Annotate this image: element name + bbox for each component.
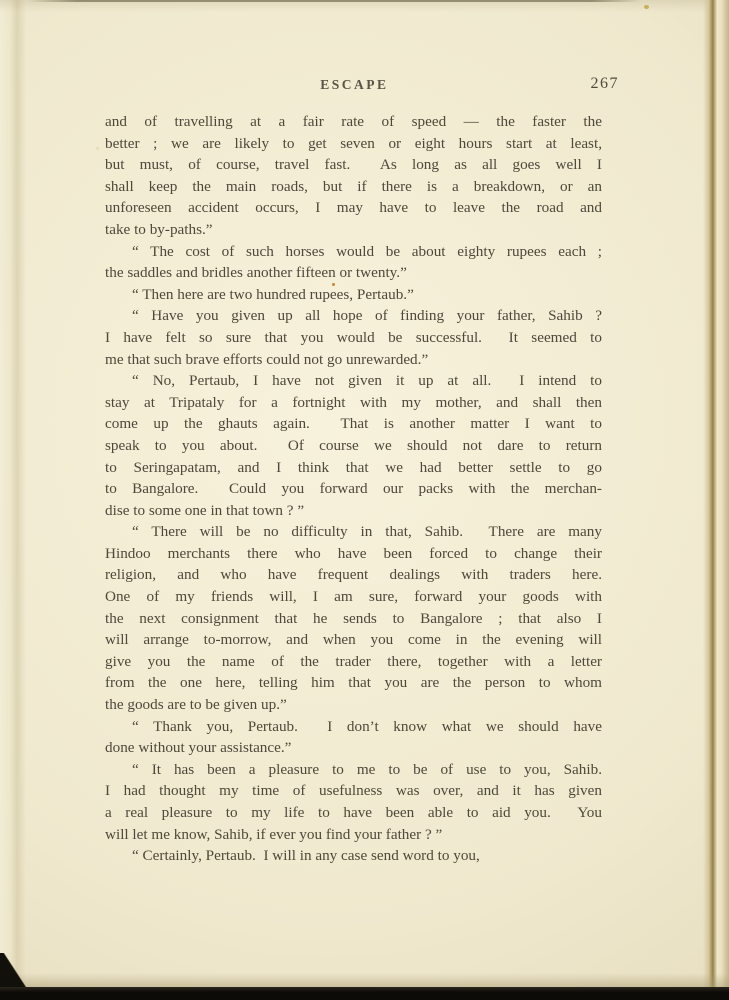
text-line: “ It has been a pleasure to me to be of … xyxy=(105,759,602,781)
text-line: the goods are to be given up.” xyxy=(105,694,602,716)
book-scan: ESCAPE 267 and of travelling at a fair r… xyxy=(0,0,729,1000)
paragraph: “ There will be no difficulty in that, S… xyxy=(105,521,602,715)
text-line: from the one here, telling him that you … xyxy=(105,672,602,694)
text-line: take to by-paths.” xyxy=(105,219,602,241)
page-left-fold xyxy=(0,0,30,1000)
text-line: dise to some one in that town ? ” xyxy=(105,500,602,522)
paper-speck xyxy=(332,283,335,286)
page-number: 267 xyxy=(591,75,620,93)
paragraph: “ Certainly, Pertaub. I will in any case… xyxy=(105,845,602,867)
text-line: will arrange to-morrow, and when you com… xyxy=(105,629,602,651)
text-line: speak to you about. Of course we should … xyxy=(105,435,602,457)
paragraph: “ It has been a pleasure to me to be of … xyxy=(105,759,602,845)
running-title: ESCAPE xyxy=(320,77,388,93)
text-line: shall keep the main roads, but if there … xyxy=(105,176,602,198)
text-line: and of travelling at a fair rate of spee… xyxy=(105,111,602,133)
paragraph: “ Then here are two hundred rupees, Pert… xyxy=(105,284,602,306)
text-line: “ No, Pertaub, I have not given it up at… xyxy=(105,370,602,392)
text-line: give you the name of the trader there, t… xyxy=(105,651,602,673)
scan-background-strip xyxy=(0,987,729,1000)
paper-speck xyxy=(644,5,649,9)
page-corner-shadow xyxy=(0,953,52,987)
text-line: the next consignment that he sends to Ba… xyxy=(105,608,602,630)
text-line: come up the ghauts again. That is anothe… xyxy=(105,413,602,435)
text-block: and of travelling at a fair rate of spee… xyxy=(105,111,602,867)
text-line: me that such brave efforts could not go … xyxy=(105,349,602,371)
text-line: a real pleasure to my life to have been … xyxy=(105,802,602,824)
text-line: better ; we are likely to get seven or e… xyxy=(105,133,602,155)
paragraph: and of travelling at a fair rate of spee… xyxy=(105,111,602,241)
text-line: “ The cost of such horses would be about… xyxy=(105,241,602,263)
paragraph: “ The cost of such horses would be about… xyxy=(105,241,602,284)
text-line: I have felt so sure that you would be su… xyxy=(105,327,602,349)
scan-top-edge-line xyxy=(28,0,640,2)
text-line: One of my friends will, I am sure, forwa… xyxy=(105,586,602,608)
text-line: to Seringapatam, and I think that we had… xyxy=(105,457,602,479)
text-line: will let me know, Sahib, if ever you fin… xyxy=(105,824,602,846)
text-line: done without your assistance.” xyxy=(105,737,602,759)
paragraph: “ Have you given up all hope of finding … xyxy=(105,305,602,370)
text-line: “ Then here are two hundred rupees, Pert… xyxy=(105,284,602,306)
text-line: I had thought my time of usefulness was … xyxy=(105,780,602,802)
text-line: “ There will be no difficulty in that, S… xyxy=(105,521,602,543)
text-line: “ Thank you, Pertaub. I don’t know what … xyxy=(105,716,602,738)
text-line: religion, and who have frequent dealings… xyxy=(105,564,602,586)
paper-speck xyxy=(96,147,99,150)
text-line: but must, of course, travel fast. As lon… xyxy=(105,154,602,176)
book-fore-edge xyxy=(703,0,729,988)
paragraph: “ No, Pertaub, I have not given it up at… xyxy=(105,370,602,521)
text-line: the saddles and bridles another fifteen … xyxy=(105,262,602,284)
text-line: stay at Tripataly for a fortnight with m… xyxy=(105,392,602,414)
paragraph: “ Thank you, Pertaub. I don’t know what … xyxy=(105,716,602,759)
text-line: “ Certainly, Pertaub. I will in any case… xyxy=(105,845,602,867)
text-line: “ Have you given up all hope of finding … xyxy=(105,305,602,327)
text-line: unforeseen accident occurs, I may have t… xyxy=(105,197,602,219)
page-header: ESCAPE 267 xyxy=(105,77,601,97)
text-line: Hindoo merchants there who have been for… xyxy=(105,543,602,565)
page-bottom-shadow xyxy=(0,973,729,987)
text-line: to Bangalore. Could you forward our pack… xyxy=(105,478,602,500)
